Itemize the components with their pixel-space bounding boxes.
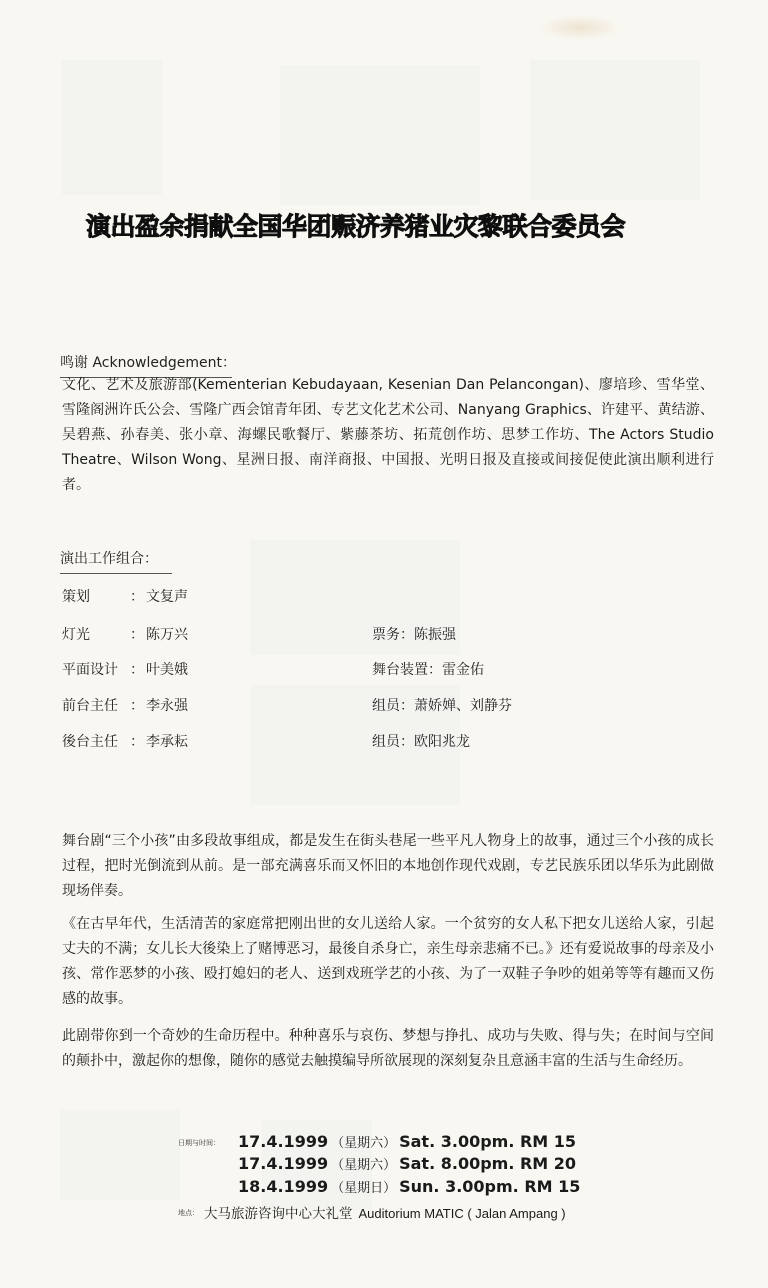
venue-english: Auditorium MATIC ( Jalan Ampang ) [359, 1206, 566, 1221]
background-watermark [530, 60, 700, 200]
background-watermark [280, 65, 480, 205]
crew-role: 平面设计 [62, 659, 130, 679]
crew-role: 策划 [62, 586, 130, 606]
background-watermark [62, 60, 162, 195]
crew-name: 叶美娥 [146, 662, 188, 678]
story-paragraph-synopsis: 《在古早年代，生活清苦的家庭常把刚出世的女儿送给人家。一个贫穷的女人私下把女儿送… [62, 912, 714, 1012]
background-watermark [60, 1110, 180, 1200]
show-row: 17.4.1999（星期六）Sat. 8.00pm. RM 20 [238, 1154, 576, 1173]
paper-stain [540, 15, 620, 40]
programme-page: 演出盈余捐献全国华团赈济养猪业灾黎联合委员会 鸣谢 Acknowledgemen… [0, 0, 768, 1288]
page-title: 演出盈余捐献全国华团赈济养猪业灾黎联合委员会 [86, 207, 686, 243]
venue: 大马旅游咨询中心大礼堂Auditorium MATIC ( Jalan Ampa… [204, 1202, 566, 1222]
crew-name: 萧娇婵、刘静芬 [414, 698, 512, 714]
show-date: 17.4.1999 [238, 1132, 328, 1151]
show-weekday: （星期日） [331, 1181, 396, 1196]
crew-heading: 演出工作组合： [60, 548, 172, 574]
crew-role: 组员 [372, 698, 400, 714]
show-price: RM 15 [524, 1177, 580, 1196]
crew-name: 欧阳兆龙 [414, 734, 470, 750]
crew-name: 李永强 [146, 698, 188, 714]
story-paragraph-intro: 舞台剧“三个小孩”由多段故事组成，都是发生在街头巷尾一些平凡人物身上的故事，通过… [62, 829, 714, 904]
acknowledgement-body: 文化、艺术及旅游部(Kementerian Kebudayaan, Keseni… [62, 373, 714, 498]
show-weekday: （星期六） [331, 1136, 396, 1151]
venue-label: 地点： [178, 1208, 199, 1218]
crew-name: 文复声 [146, 589, 188, 605]
crew-role: 後台主任 [62, 731, 130, 751]
show-date: 18.4.1999 [238, 1177, 328, 1196]
show-date: 17.4.1999 [238, 1154, 328, 1173]
crew-row: 策划：文复声 [62, 586, 188, 606]
crew-name: 陈振强 [414, 627, 456, 643]
crew-row: 前台主任：李永强 [62, 695, 188, 715]
crew-name: 李承耘 [146, 734, 188, 750]
crew-row: 平面设计：叶美娥 [62, 659, 188, 679]
schedule-label: 日期与时间： [178, 1138, 220, 1148]
show-time: Sat. 3.00pm. [399, 1132, 514, 1151]
show-price: RM 15 [520, 1132, 576, 1151]
show-price: RM 20 [520, 1154, 576, 1173]
venue-chinese: 大马旅游咨询中心大礼堂 [204, 1206, 353, 1222]
crew-row: 票务：陈振强 [372, 624, 456, 644]
story-paragraph-invitation: 此剧带你到一个奇妙的生命历程中。种种喜乐与哀伤、梦想与挣扎、成功与失败、得与失；… [62, 1024, 714, 1074]
show-time: Sat. 8.00pm. [399, 1154, 514, 1173]
crew-role: 前台主任 [62, 695, 130, 715]
show-weekday: （星期六） [331, 1158, 396, 1173]
crew-role: 票务 [372, 627, 400, 643]
crew-row: 灯光：陈万兴 [62, 624, 188, 644]
show-row: 18.4.1999（星期日）Sun. 3.00pm. RM 15 [238, 1177, 580, 1196]
crew-row: 舞台装置：雷金佑 [372, 659, 484, 679]
crew-name: 雷金佑 [442, 662, 484, 678]
crew-role: 灯光 [62, 624, 130, 644]
crew-role: 组员 [372, 734, 400, 750]
crew-name: 陈万兴 [146, 627, 188, 643]
show-row: 17.4.1999（星期六）Sat. 3.00pm. RM 15 [238, 1132, 576, 1151]
crew-row: 组员：欧阳兆龙 [372, 731, 470, 751]
show-time: Sun. 3.00pm. [399, 1177, 519, 1196]
crew-role: 舞台装置 [372, 662, 428, 678]
crew-row: 後台主任：李承耘 [62, 731, 188, 751]
crew-row: 组员：萧娇婵、刘静芬 [372, 695, 512, 715]
